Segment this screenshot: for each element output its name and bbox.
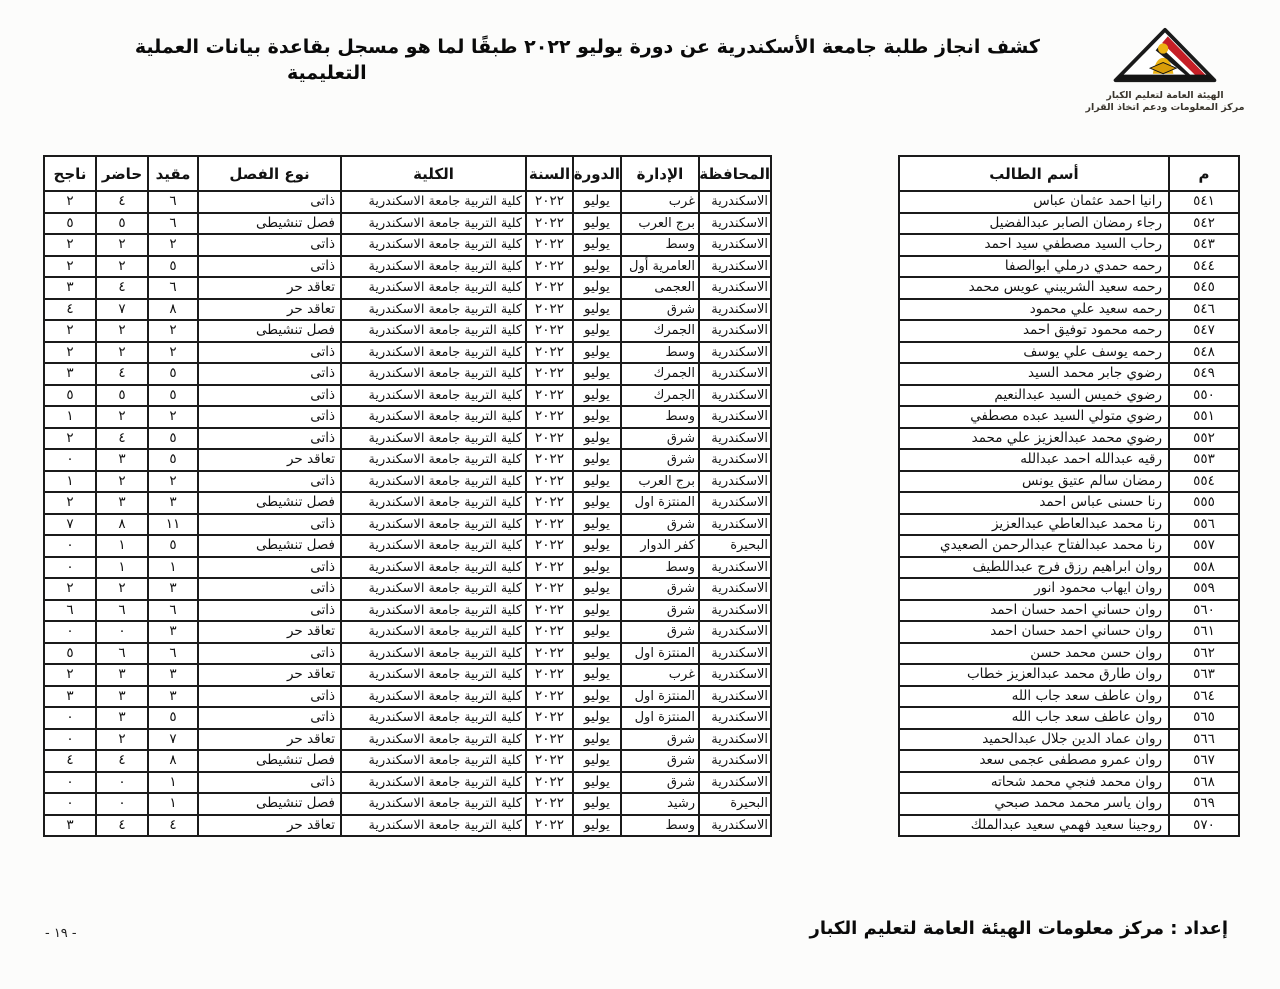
student-name-cell: رحاب السيد مصطفي سيد احمد <box>899 234 1169 256</box>
table-row: ٥٦٩روان ياسر محمد محمد صبحي <box>899 793 1239 815</box>
org-name: الهيئة العامة لتعليم الكبار <box>1080 90 1250 102</box>
class-type-cell: ذاتى <box>198 428 341 450</box>
enrolled-count-cell: ١ <box>148 793 198 815</box>
college-cell: كلية التربية جامعة الاسكندرية <box>341 406 526 428</box>
row-number-cell: ٥٥١ <box>1169 406 1239 428</box>
enrolled-count-cell: ٧ <box>148 729 198 751</box>
college-cell: كلية التربية جامعة الاسكندرية <box>341 514 526 536</box>
enrolled-count-cell: ٥ <box>148 707 198 729</box>
governorate-cell: الاسكندرية <box>699 557 771 579</box>
row-number-cell: ٥٥٢ <box>1169 428 1239 450</box>
present-count-cell: ٤ <box>96 277 148 299</box>
college-cell: كلية التربية جامعة الاسكندرية <box>341 750 526 772</box>
college-cell: كلية التربية جامعة الاسكندرية <box>341 600 526 622</box>
table-row: الاسكندريةشرقيوليو٢٠٢٢كلية التربية جامعة… <box>44 449 771 471</box>
student-name-cell: روان ابراهيم رزق فرج عبداللطيف <box>899 557 1169 579</box>
students-name-table: م أسم الطالب ٥٤١رانيا احمد عثمان عباس٥٤٢… <box>898 155 1240 837</box>
row-number-cell: ٥٥٨ <box>1169 557 1239 579</box>
administration-cell: شرق <box>621 428 699 450</box>
table-row: الاسكندريةشرقيوليو٢٠٢٢كلية التربية جامعة… <box>44 514 771 536</box>
class-type-cell: تعاقد حر <box>198 729 341 751</box>
year-cell: ٢٠٢٢ <box>526 514 573 536</box>
class-type-cell: فصل تنشيطى <box>198 213 341 235</box>
enrolled-count-cell: ٦ <box>148 191 198 213</box>
row-number-cell: ٥٥٥ <box>1169 492 1239 514</box>
year-cell: ٢٠٢٢ <box>526 385 573 407</box>
college-cell: كلية التربية جامعة الاسكندرية <box>341 535 526 557</box>
present-count-cell: ٣ <box>96 707 148 729</box>
student-name-cell: روان عاطف سعد جاب الله <box>899 686 1169 708</box>
table-row: الاسكندريةبرج العربيوليو٢٠٢٢كلية التربية… <box>44 471 771 493</box>
session-cell: يوليو <box>573 664 621 686</box>
table-row: ٥٥٩روان ايهاب محمود انور <box>899 578 1239 600</box>
passed-count-cell: ٢ <box>44 428 96 450</box>
governorate-cell: الاسكندرية <box>699 256 771 278</box>
college-cell: كلية التربية جامعة الاسكندرية <box>341 772 526 794</box>
governorate-cell: الاسكندرية <box>699 686 771 708</box>
governorate-cell: الاسكندرية <box>699 234 771 256</box>
class-type-cell: فصل تنشيطى <box>198 793 341 815</box>
passed-count-cell: ٠ <box>44 535 96 557</box>
student-name-cell: روان حسن محمد حسن <box>899 643 1169 665</box>
col-header-class-type: نوع الفصل <box>198 156 341 191</box>
header-row: م أسم الطالب <box>899 156 1239 191</box>
enrolled-count-cell: ٣ <box>148 621 198 643</box>
year-cell: ٢٠٢٢ <box>526 191 573 213</box>
present-count-cell: ٢ <box>96 406 148 428</box>
session-cell: يوليو <box>573 342 621 364</box>
session-cell: يوليو <box>573 363 621 385</box>
passed-count-cell: ٢ <box>44 320 96 342</box>
enrolled-count-cell: ٣ <box>148 686 198 708</box>
year-cell: ٢٠٢٢ <box>526 750 573 772</box>
session-cell: يوليو <box>573 299 621 321</box>
year-cell: ٢٠٢٢ <box>526 686 573 708</box>
table-row: الاسكندريةشرقيوليو٢٠٢٢كلية التربية جامعة… <box>44 729 771 751</box>
col-header-session: الدورة <box>573 156 621 191</box>
row-number-cell: ٥٦٠ <box>1169 600 1239 622</box>
administration-cell: المنتزة اول <box>621 686 699 708</box>
class-type-cell: تعاقد حر <box>198 277 341 299</box>
class-type-cell: ذاتى <box>198 600 341 622</box>
year-cell: ٢٠٢٢ <box>526 664 573 686</box>
passed-count-cell: ٧ <box>44 514 96 536</box>
table-row: ٥٥٦رنا محمد عبدالعاطي عبدالعزيز <box>899 514 1239 536</box>
year-cell: ٢٠٢٢ <box>526 492 573 514</box>
year-cell: ٢٠٢٢ <box>526 277 573 299</box>
session-cell: يوليو <box>573 772 621 794</box>
table-row: الاسكندريةوسطيوليو٢٠٢٢كلية التربية جامعة… <box>44 342 771 364</box>
year-cell: ٢٠٢٢ <box>526 428 573 450</box>
enrolled-count-cell: ٢ <box>148 342 198 364</box>
table-row: ٥٥٥رنا حسنى عباس احمد <box>899 492 1239 514</box>
session-cell: يوليو <box>573 729 621 751</box>
class-type-cell: ذاتى <box>198 557 341 579</box>
administration-cell: الجمرك <box>621 363 699 385</box>
college-cell: كلية التربية جامعة الاسكندرية <box>341 815 526 837</box>
student-name-cell: رمضان سالم عتيق يونس <box>899 471 1169 493</box>
college-cell: كلية التربية جامعة الاسكندرية <box>341 256 526 278</box>
session-cell: يوليو <box>573 385 621 407</box>
governorate-cell: الاسكندرية <box>699 815 771 837</box>
passed-count-cell: ٥ <box>44 385 96 407</box>
enrolled-count-cell: ٢ <box>148 320 198 342</box>
class-type-cell: ذاتى <box>198 643 341 665</box>
table-row: ٥٦٨روان محمد فنجي محمد شحاته <box>899 772 1239 794</box>
row-number-cell: ٥٤٩ <box>1169 363 1239 385</box>
table-row: ٥٦٦روان عماد الدين جلال عبدالحميد <box>899 729 1239 751</box>
table-row: ٥٥٤رمضان سالم عتيق يونس <box>899 471 1239 493</box>
table-row: الاسكندريةالجمركيوليو٢٠٢٢كلية التربية جا… <box>44 363 771 385</box>
table-row: ٥٤١رانيا احمد عثمان عباس <box>899 191 1239 213</box>
governorate-cell: الاسكندرية <box>699 578 771 600</box>
administration-cell: شرق <box>621 449 699 471</box>
table-row: الاسكندريةالجمركيوليو٢٠٢٢كلية التربية جا… <box>44 385 771 407</box>
enrolled-count-cell: ٢ <box>148 471 198 493</box>
governorate-cell: الاسكندرية <box>699 363 771 385</box>
table-row: ٥٤٨رحمه يوسف علي يوسف <box>899 342 1239 364</box>
administration-cell: المنتزة اول <box>621 492 699 514</box>
year-cell: ٢٠٢٢ <box>526 621 573 643</box>
col-header-year: السنة <box>526 156 573 191</box>
student-name-cell: رحمه حمدي درملي ابوالصفا <box>899 256 1169 278</box>
passed-count-cell: ٠ <box>44 729 96 751</box>
student-name-cell: رنا حسنى عباس احمد <box>899 492 1169 514</box>
row-number-cell: ٥٦١ <box>1169 621 1239 643</box>
administration-cell: شرق <box>621 514 699 536</box>
college-cell: كلية التربية جامعة الاسكندرية <box>341 277 526 299</box>
year-cell: ٢٠٢٢ <box>526 320 573 342</box>
administration-cell: شرق <box>621 578 699 600</box>
administration-cell: غرب <box>621 191 699 213</box>
enrolled-count-cell: ٦ <box>148 213 198 235</box>
student-name-cell: روان ايهاب محمود انور <box>899 578 1169 600</box>
session-cell: يوليو <box>573 514 621 536</box>
passed-count-cell: ٢ <box>44 234 96 256</box>
class-type-cell: تعاقد حر <box>198 621 341 643</box>
class-type-cell: تعاقد حر <box>198 449 341 471</box>
present-count-cell: ٢ <box>96 471 148 493</box>
class-type-cell: ذاتى <box>198 514 341 536</box>
session-cell: يوليو <box>573 256 621 278</box>
table-row: ٥٤٩رضوي جابر محمد السيد <box>899 363 1239 385</box>
class-type-cell: فصل تنشيطى <box>198 492 341 514</box>
present-count-cell: ٢ <box>96 342 148 364</box>
row-number-cell: ٥٥٠ <box>1169 385 1239 407</box>
passed-count-cell: ٢ <box>44 342 96 364</box>
college-cell: كلية التربية جامعة الاسكندرية <box>341 299 526 321</box>
college-cell: كلية التربية جامعة الاسكندرية <box>341 234 526 256</box>
enrolled-count-cell: ٣ <box>148 492 198 514</box>
administration-cell: شرق <box>621 621 699 643</box>
table-row: الاسكندريةشرقيوليو٢٠٢٢كلية التربية جامعة… <box>44 621 771 643</box>
year-cell: ٢٠٢٢ <box>526 535 573 557</box>
table-row: الاسكندريةشرقيوليو٢٠٢٢كلية التربية جامعة… <box>44 299 771 321</box>
enrolled-count-cell: ٣ <box>148 578 198 600</box>
class-type-cell: تعاقد حر <box>198 815 341 837</box>
governorate-cell: الاسكندرية <box>699 600 771 622</box>
administration-cell: شرق <box>621 729 699 751</box>
passed-count-cell: ٠ <box>44 449 96 471</box>
row-number-cell: ٥٦٥ <box>1169 707 1239 729</box>
table-row: ٥٧٠روجينا سعيد فهمي سعيد عبدالملك <box>899 815 1239 837</box>
administration-cell: شرق <box>621 600 699 622</box>
governorate-cell: الاسكندرية <box>699 514 771 536</box>
governorate-cell: الاسكندرية <box>699 772 771 794</box>
session-cell: يوليو <box>573 621 621 643</box>
administration-cell: العامرية أول <box>621 256 699 278</box>
session-cell: يوليو <box>573 449 621 471</box>
header-row: المحافظة الإدارة الدورة السنة الكلية نوع… <box>44 156 771 191</box>
governorate-cell: الاسكندرية <box>699 299 771 321</box>
present-count-cell: ١ <box>96 535 148 557</box>
administration-cell: وسط <box>621 234 699 256</box>
row-number-cell: ٥٤٨ <box>1169 342 1239 364</box>
passed-count-cell: ٢ <box>44 256 96 278</box>
table-row: ٥٤٢رجاء رمضان الصابر عبدالفضيل <box>899 213 1239 235</box>
year-cell: ٢٠٢٢ <box>526 363 573 385</box>
class-type-cell: تعاقد حر <box>198 664 341 686</box>
table-row: ٥٥٢رضوي محمد عبدالعزيز علي محمد <box>899 428 1239 450</box>
present-count-cell: ٣ <box>96 686 148 708</box>
governorate-cell: البحيرة <box>699 793 771 815</box>
student-name-cell: رضوي متولي السيد عبده مصطفي <box>899 406 1169 428</box>
table-row: ٥٦٢روان حسن محمد حسن <box>899 643 1239 665</box>
passed-count-cell: ٣ <box>44 277 96 299</box>
page-title-line1: كشف انجاز طلبة جامعة الأسكندرية عن دورة … <box>287 34 1040 60</box>
present-count-cell: ٨ <box>96 514 148 536</box>
student-name-cell: رضوي محمد عبدالعزيز علي محمد <box>899 428 1169 450</box>
present-count-cell: ٢ <box>96 729 148 751</box>
table-row: الاسكندريةغربيوليو٢٠٢٢كلية التربية جامعة… <box>44 664 771 686</box>
session-cell: يوليو <box>573 277 621 299</box>
enrolled-count-cell: ٨ <box>148 299 198 321</box>
class-type-cell: ذاتى <box>198 363 341 385</box>
present-count-cell: ٢ <box>96 234 148 256</box>
administration-cell: العجمى <box>621 277 699 299</box>
year-cell: ٢٠٢٢ <box>526 772 573 794</box>
session-cell: يوليو <box>573 600 621 622</box>
college-cell: كلية التربية جامعة الاسكندرية <box>341 557 526 579</box>
enrolled-count-cell: ٢ <box>148 406 198 428</box>
table-row: الاسكندريةوسطيوليو٢٠٢٢كلية التربية جامعة… <box>44 406 771 428</box>
table-row: الاسكندريةالمنتزة اوليوليو٢٠٢٢كلية الترب… <box>44 686 771 708</box>
enrolled-count-cell: ٨ <box>148 750 198 772</box>
session-cell: يوليو <box>573 686 621 708</box>
governorate-cell: الاسكندرية <box>699 385 771 407</box>
passed-count-cell: ٤ <box>44 750 96 772</box>
present-count-cell: ٠ <box>96 793 148 815</box>
table-row: البحيرةكفر الدواريوليو٢٠٢٢كلية التربية ج… <box>44 535 771 557</box>
passed-count-cell: ٠ <box>44 557 96 579</box>
col-header-passed: ناجح <box>44 156 96 191</box>
page-number: - ١٩ - <box>45 926 77 941</box>
class-type-cell: ذاتى <box>198 385 341 407</box>
present-count-cell: ١ <box>96 557 148 579</box>
row-number-cell: ٥٤٥ <box>1169 277 1239 299</box>
table-row: الاسكندريةشرقيوليو٢٠٢٢كلية التربية جامعة… <box>44 428 771 450</box>
passed-count-cell: ٣ <box>44 363 96 385</box>
enrolled-count-cell: ٥ <box>148 385 198 407</box>
table-row: البحيرةرشيديوليو٢٠٢٢كلية التربية جامعة ا… <box>44 793 771 815</box>
college-cell: كلية التربية جامعة الاسكندرية <box>341 191 526 213</box>
college-cell: كلية التربية جامعة الاسكندرية <box>341 428 526 450</box>
student-name-cell: رجاء رمضان الصابر عبدالفضيل <box>899 213 1169 235</box>
row-number-cell: ٥٧٠ <box>1169 815 1239 837</box>
prepared-by-note: إعداد : مركز معلومات الهيئة العامة لتعلي… <box>809 918 1228 939</box>
college-cell: كلية التربية جامعة الاسكندرية <box>341 664 526 686</box>
class-type-cell: ذاتى <box>198 578 341 600</box>
administration-cell: الجمرك <box>621 385 699 407</box>
table-row: ٥٤٦رحمه سعيد علي محمود <box>899 299 1239 321</box>
student-name-cell: رنا محمد عبدالعاطي عبدالعزيز <box>899 514 1169 536</box>
present-count-cell: ٠ <box>96 621 148 643</box>
year-cell: ٢٠٢٢ <box>526 256 573 278</box>
row-number-cell: ٥٥٧ <box>1169 535 1239 557</box>
enrolled-count-cell: ٦ <box>148 643 198 665</box>
class-type-cell: ذاتى <box>198 234 341 256</box>
governorate-cell: الاسكندرية <box>699 643 771 665</box>
session-cell: يوليو <box>573 234 621 256</box>
page-title: كشف انجاز طلبة جامعة الأسكندرية عن دورة … <box>287 34 1040 86</box>
col-header-enrolled: مقيد <box>148 156 198 191</box>
governorate-cell: الاسكندرية <box>699 729 771 751</box>
student-name-cell: روان عمرو مصطفى عجمى سعد <box>899 750 1169 772</box>
enrolled-count-cell: ٥ <box>148 428 198 450</box>
col-header-student-name: أسم الطالب <box>899 156 1169 191</box>
college-cell: كلية التربية جامعة الاسكندرية <box>341 492 526 514</box>
present-count-cell: ٢ <box>96 320 148 342</box>
student-name-cell: رانيا احمد عثمان عباس <box>899 191 1169 213</box>
passed-count-cell: ١ <box>44 471 96 493</box>
present-count-cell: ٤ <box>96 191 148 213</box>
session-cell: يوليو <box>573 750 621 772</box>
table-row: ٥٥١رضوي متولي السيد عبده مصطفي <box>899 406 1239 428</box>
row-number-cell: ٥٦٨ <box>1169 772 1239 794</box>
class-type-cell: فصل تنشيطى <box>198 750 341 772</box>
org-emblem-icon <box>1109 26 1221 86</box>
table-row: ٥٥٣رقيه عبدالله احمد عبدالله <box>899 449 1239 471</box>
year-cell: ٢٠٢٢ <box>526 557 573 579</box>
enrolled-count-cell: ١ <box>148 557 198 579</box>
enrolled-count-cell: ٣ <box>148 664 198 686</box>
session-cell: يوليو <box>573 406 621 428</box>
student-name-cell: رحمه محمود توفيق احمد <box>899 320 1169 342</box>
passed-count-cell: ٣ <box>44 815 96 837</box>
governorate-cell: الاسكندرية <box>699 664 771 686</box>
student-name-cell: رحمه يوسف علي يوسف <box>899 342 1169 364</box>
year-cell: ٢٠٢٢ <box>526 406 573 428</box>
class-type-cell: ذاتى <box>198 471 341 493</box>
student-name-cell: رنا محمد عبدالفتاح عبدالرحمن الصعيدي <box>899 535 1169 557</box>
present-count-cell: ٤ <box>96 750 148 772</box>
enrolled-count-cell: ٥ <box>148 363 198 385</box>
present-count-cell: ٢ <box>96 256 148 278</box>
session-cell: يوليو <box>573 492 621 514</box>
year-cell: ٢٠٢٢ <box>526 815 573 837</box>
passed-count-cell: ٠ <box>44 793 96 815</box>
table-row: الاسكندريةوسطيوليو٢٠٢٢كلية التربية جامعة… <box>44 815 771 837</box>
governorate-cell: الاسكندرية <box>699 621 771 643</box>
table-row: الاسكندريةبرج العربيوليو٢٠٢٢كلية التربية… <box>44 213 771 235</box>
student-name-cell: رحمه سعيد علي محمود <box>899 299 1169 321</box>
row-number-cell: ٥٦٧ <box>1169 750 1239 772</box>
present-count-cell: ٤ <box>96 815 148 837</box>
enrolled-count-cell: ٥ <box>148 256 198 278</box>
passed-count-cell: ٢ <box>44 191 96 213</box>
governorate-cell: الاسكندرية <box>699 471 771 493</box>
table-row: ٥٦٠روان حساني احمد حسان احمد <box>899 600 1239 622</box>
table-row: ٥٦٣روان طارق محمد عبدالعزيز خطاب <box>899 664 1239 686</box>
class-type-cell: ذاتى <box>198 686 341 708</box>
governorate-cell: الاسكندرية <box>699 750 771 772</box>
passed-count-cell: ٢ <box>44 578 96 600</box>
session-cell: يوليو <box>573 191 621 213</box>
governorate-cell: الاسكندرية <box>699 492 771 514</box>
org-logo: الهيئة العامة لتعليم الكبار مركز المعلوم… <box>1080 26 1250 114</box>
passed-count-cell: ٥ <box>44 643 96 665</box>
present-count-cell: ٣ <box>96 664 148 686</box>
governorate-cell: الاسكندرية <box>699 342 771 364</box>
student-name-cell: روان حساني احمد حسان احمد <box>899 600 1169 622</box>
col-header-governorate: المحافظة <box>699 156 771 191</box>
table-row: الاسكندريةوسطيوليو٢٠٢٢كلية التربية جامعة… <box>44 557 771 579</box>
student-name-cell: روان طارق محمد عبدالعزيز خطاب <box>899 664 1169 686</box>
administration-cell: رشيد <box>621 793 699 815</box>
session-cell: يوليو <box>573 557 621 579</box>
table-row: ٥٦٤روان عاطف سعد جاب الله <box>899 686 1239 708</box>
enrolled-count-cell: ٥ <box>148 449 198 471</box>
administration-cell: غرب <box>621 664 699 686</box>
present-count-cell: ٦ <box>96 600 148 622</box>
row-number-cell: ٥٥٣ <box>1169 449 1239 471</box>
class-type-cell: ذاتى <box>198 256 341 278</box>
table-row: الاسكندريةشرقيوليو٢٠٢٢كلية التربية جامعة… <box>44 578 771 600</box>
year-cell: ٢٠٢٢ <box>526 578 573 600</box>
table-row: الاسكندريةالمنتزة اوليوليو٢٠٢٢كلية الترب… <box>44 643 771 665</box>
table-row: الاسكندريةالجمركيوليو٢٠٢٢كلية التربية جا… <box>44 320 771 342</box>
college-cell: كلية التربية جامعة الاسكندرية <box>341 385 526 407</box>
org-dept: مركز المعلومات ودعم اتخاذ القرار <box>1080 102 1250 114</box>
class-type-cell: ذاتى <box>198 342 341 364</box>
enrolled-count-cell: ٦ <box>148 600 198 622</box>
row-number-cell: ٥٤٢ <box>1169 213 1239 235</box>
class-type-cell: فصل تنشيطى <box>198 535 341 557</box>
table-row: الاسكندريةشرقيوليو٢٠٢٢كلية التربية جامعة… <box>44 772 771 794</box>
year-cell: ٢٠٢٢ <box>526 449 573 471</box>
college-cell: كلية التربية جامعة الاسكندرية <box>341 213 526 235</box>
governorate-cell: الاسكندرية <box>699 707 771 729</box>
governorate-cell: البحيرة <box>699 535 771 557</box>
student-name-cell: روجينا سعيد فهمي سعيد عبدالملك <box>899 815 1169 837</box>
session-cell: يوليو <box>573 213 621 235</box>
row-number-cell: ٥٦٩ <box>1169 793 1239 815</box>
college-cell: كلية التربية جامعة الاسكندرية <box>341 707 526 729</box>
page-title-line2: التعليمية <box>287 60 1040 86</box>
student-name-cell: رضوي جابر محمد السيد <box>899 363 1169 385</box>
student-name-cell: رقيه عبدالله احمد عبدالله <box>899 449 1169 471</box>
table-row: الاسكندريةالمنتزة اوليوليو٢٠٢٢كلية الترب… <box>44 707 771 729</box>
table-row: الاسكندريةالعجمىيوليو٢٠٢٢كلية التربية جا… <box>44 277 771 299</box>
student-name-cell: روان حساني احمد حسان احمد <box>899 621 1169 643</box>
administration-cell: وسط <box>621 406 699 428</box>
class-type-cell: ذاتى <box>198 406 341 428</box>
present-count-cell: ٠ <box>96 772 148 794</box>
row-number-cell: ٥٤١ <box>1169 191 1239 213</box>
class-type-cell: ذاتى <box>198 707 341 729</box>
passed-count-cell: ١ <box>44 406 96 428</box>
college-cell: كلية التربية جامعة الاسكندرية <box>341 578 526 600</box>
